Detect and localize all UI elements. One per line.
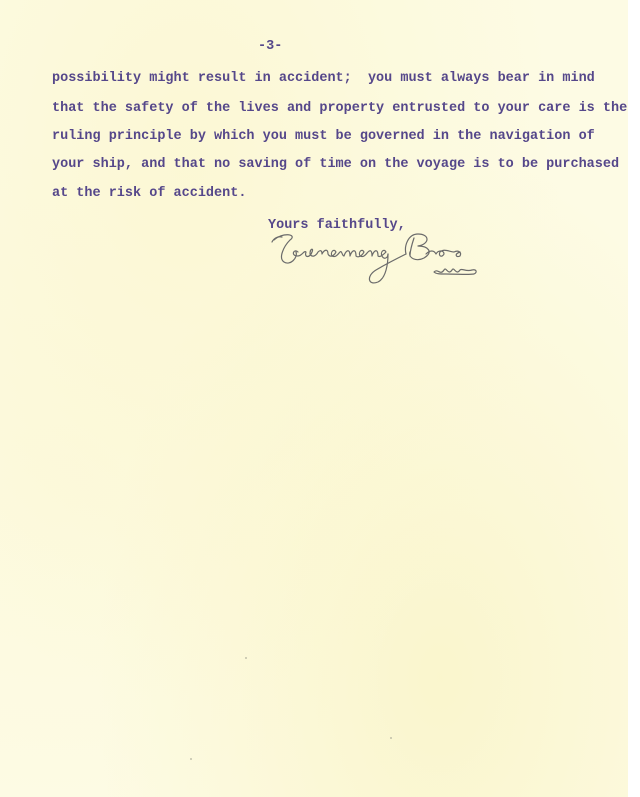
letter-page: -3- possibility might result in accident… (0, 0, 628, 797)
paper-speck (190, 758, 192, 760)
body-line-1: possibility might result in accident; yo… (52, 72, 595, 86)
paper-speck (245, 657, 247, 659)
paper-speck (390, 737, 392, 739)
body-line-5: at the risk of accident. (52, 187, 246, 201)
body-line-4: your ship, and that no saving of time on… (52, 158, 619, 172)
body-line-2: that the safety of the lives and propert… (52, 102, 627, 116)
page-number: -3- (258, 40, 282, 54)
handwritten-signature: Icaramanga Bros (268, 228, 483, 288)
body-line-3: ruling principle by which you must be go… (52, 130, 595, 144)
